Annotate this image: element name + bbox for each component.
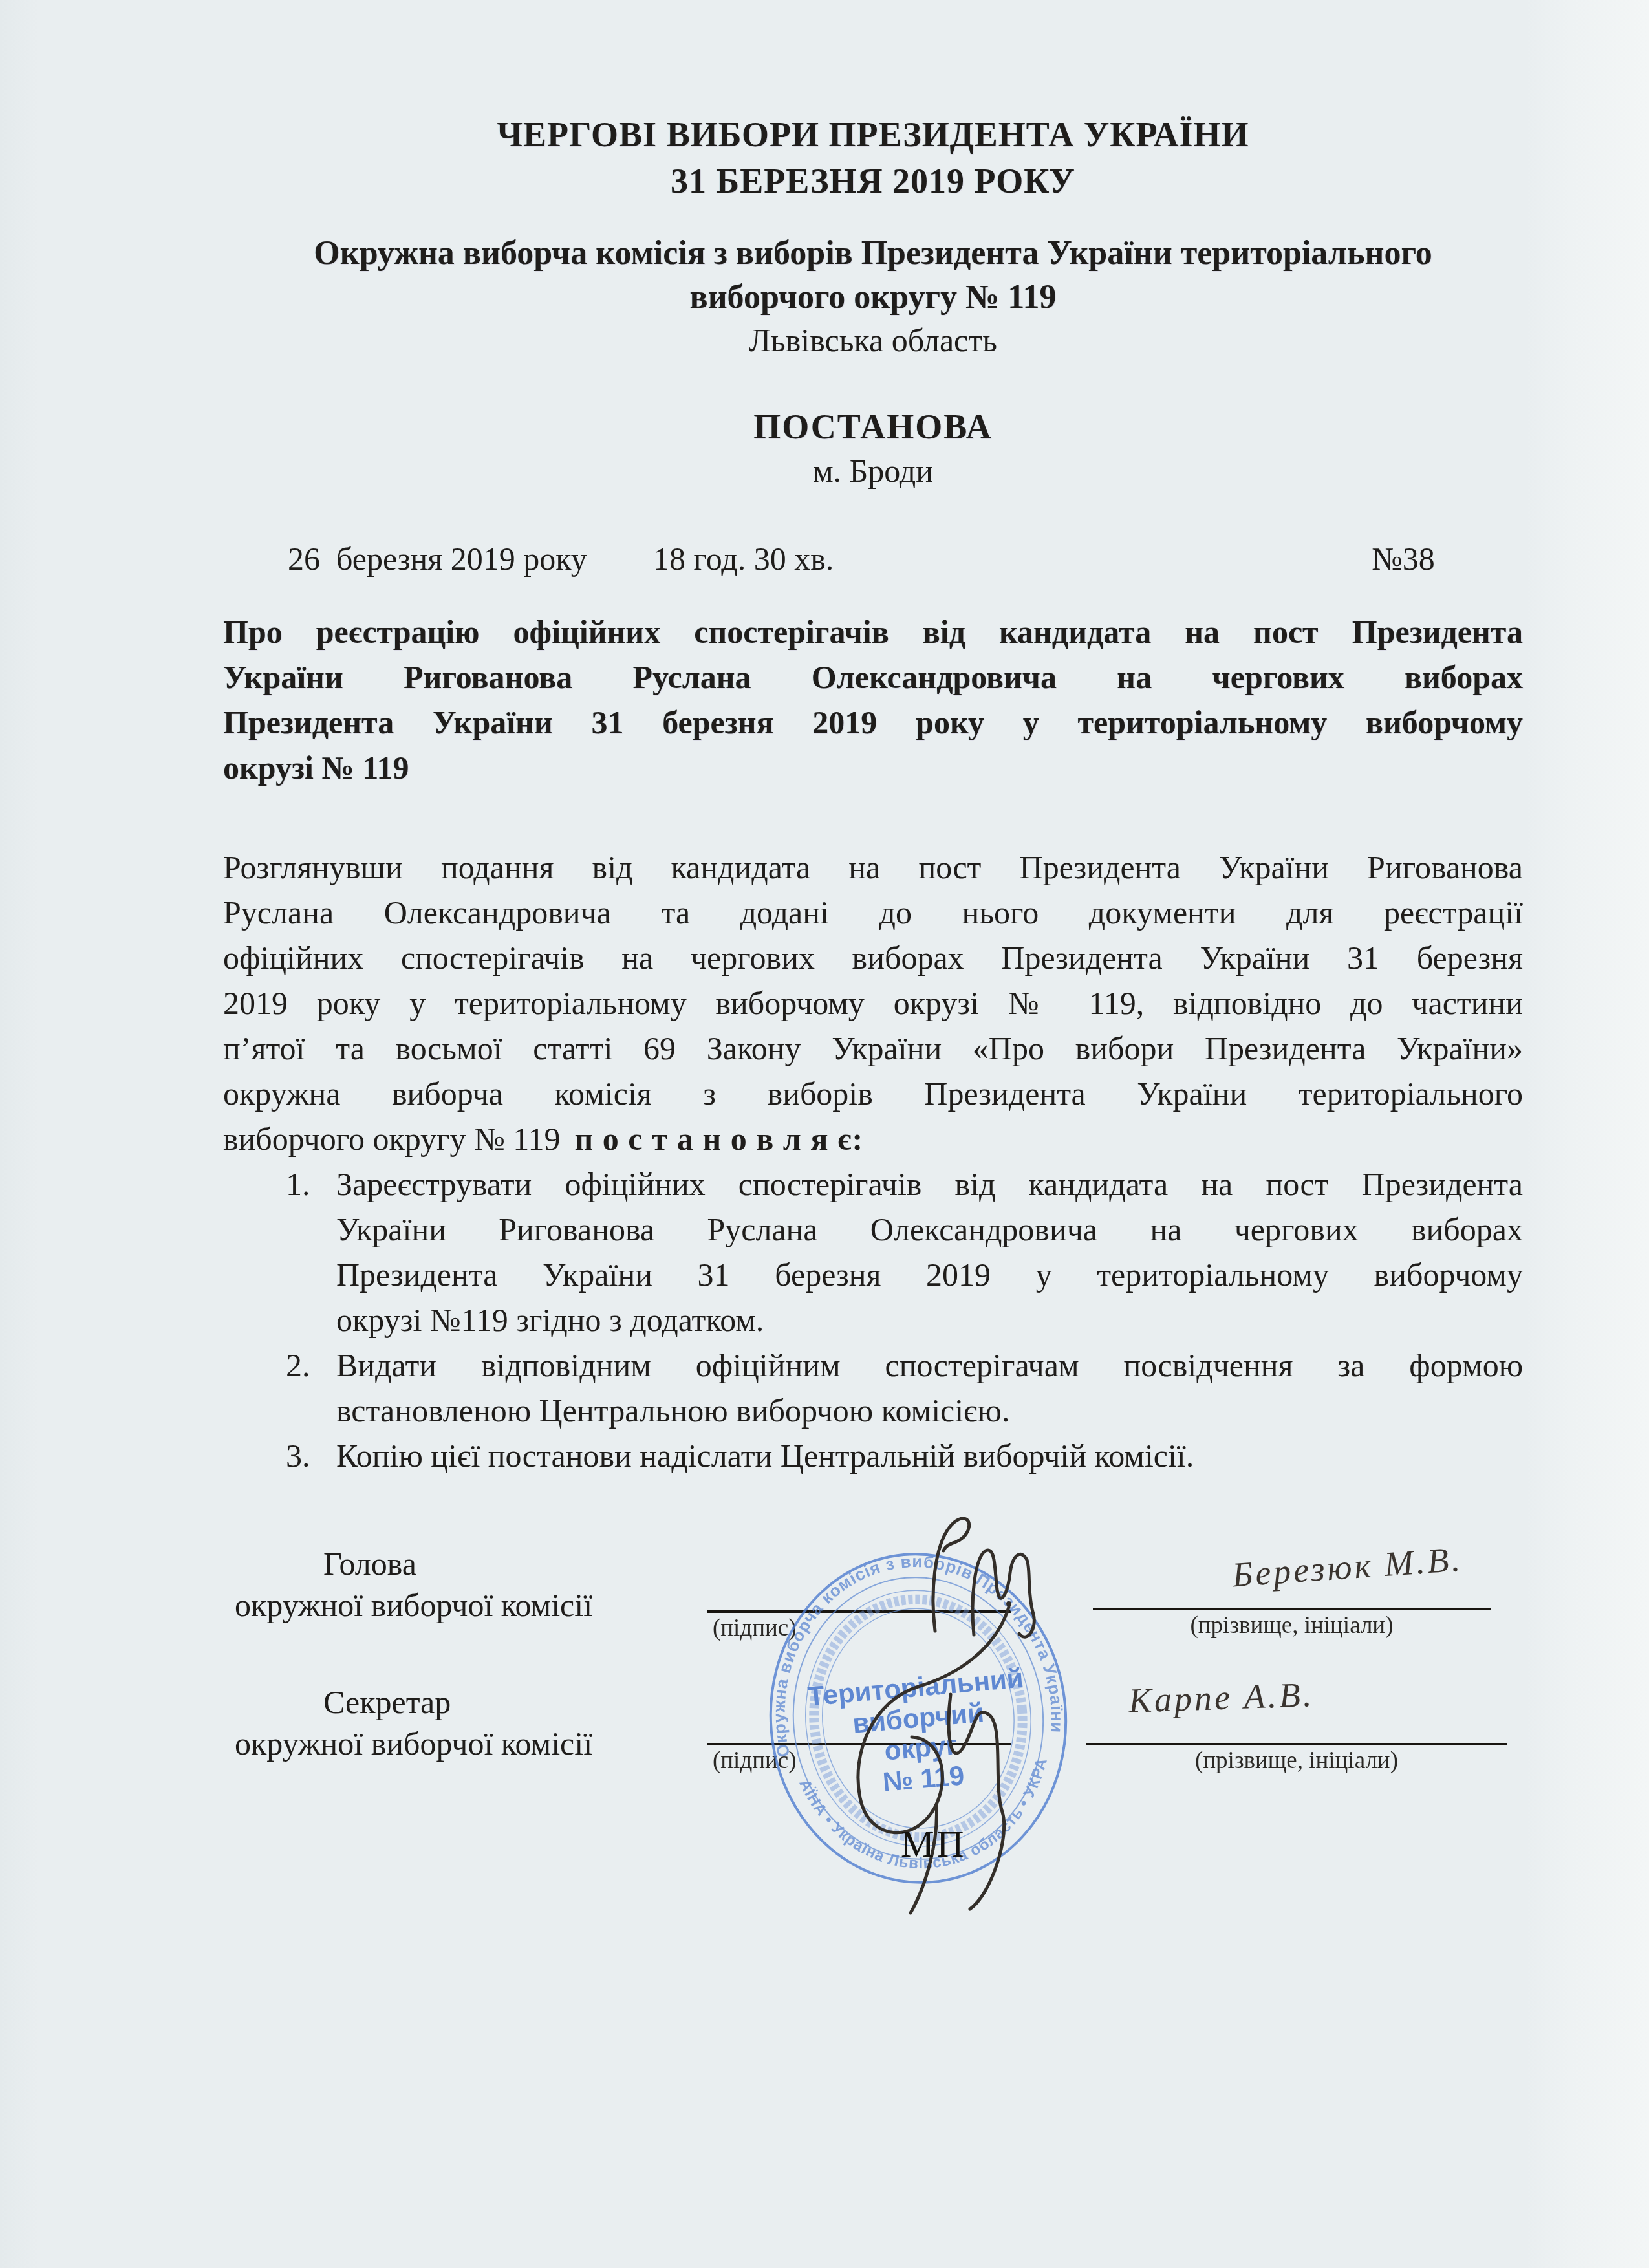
commission-line-2: виборчого округу № 119: [223, 275, 1523, 319]
subject-line: Президента України 31 березня 2019 року …: [223, 700, 1523, 745]
stamp-center-line3: округ: [883, 1729, 958, 1766]
subject-line: Про реєстрацію офіційних спостерігачів в…: [223, 609, 1523, 654]
document-title: ЧЕРГОВІ ВИБОРИ ПРЕЗИДЕНТА УКРАЇНИ 31 БЕР…: [223, 111, 1523, 204]
document-date: 26 березня 2019 року: [288, 538, 587, 579]
seal-place-mark: МП: [901, 1822, 966, 1866]
document-number: №38: [1372, 538, 1435, 579]
list-item-3: 3. Копію цієї постанови надіслати Центра…: [336, 1433, 1523, 1478]
region-line: Львівська область: [223, 319, 1523, 361]
list-line: України Ригованова Руслана Олександрович…: [336, 1207, 1523, 1252]
list-marker-2: 2.: [286, 1343, 310, 1388]
list-line: встановленою Центральною виборчою комісі…: [336, 1388, 1523, 1433]
stamp-center-line4: № 119: [881, 1760, 965, 1797]
document-time: 18 год. 30 хв.: [653, 538, 834, 579]
list-line: Видати відповідним офіційним спостерігач…: [336, 1343, 1523, 1388]
title-line-1: ЧЕРГОВІ ВИБОРИ ПРЕЗИДЕНТА УКРАЇНИ: [223, 111, 1523, 158]
list-marker-1: 1.: [286, 1161, 310, 1207]
document-content: ЧЕРГОВІ ВИБОРИ ПРЕЗИДЕНТА УКРАЇНИ 31 БЕР…: [223, 0, 1523, 1791]
body-line: окружна виборча комісія з виборів Презид…: [223, 1071, 1523, 1116]
list-line: Зареєструвати офіційних спостерігачів ві…: [336, 1161, 1523, 1207]
commission-line-1: Окружна виборча комісія з виборів Презид…: [223, 232, 1523, 275]
subject-paragraph: Про реєстрацію офіційних спостерігачів в…: [223, 609, 1523, 790]
body-last-line: виборчого округу № 119п о с т а н о в л …: [223, 1116, 1523, 1161]
list-line: Президента України 31 березня 2019 у тер…: [336, 1252, 1523, 1297]
date-row: 26 березня 2019 року 18 год. 30 хв. №38: [223, 538, 1523, 579]
resolution-list: 1. Зареєструвати офіційних спостерігачів…: [223, 1161, 1523, 1478]
secretary-handwritten-name: Карпе А.В.: [1128, 1674, 1315, 1721]
body-line: п’ятої та восьмої статті 69 Закону Украї…: [223, 1026, 1523, 1071]
body-line: Руслана Олександровича та додані до ньог…: [223, 890, 1523, 935]
title-line-2: 31 БЕРЕЗНЯ 2019 РОКУ: [223, 158, 1523, 204]
subject-line: України Ригованова Руслана Олександрович…: [223, 654, 1523, 700]
body-paragraph: Розглянувши подання від кандидата на пос…: [223, 845, 1523, 1161]
list-line: Копію цієї постанови надіслати Центральн…: [336, 1433, 1523, 1478]
body-line: Розглянувши подання від кандидата на пос…: [223, 845, 1523, 890]
name-caption: (прізвище, ініціали): [1093, 1610, 1491, 1640]
document-type: ПОСТАНОВА: [223, 404, 1523, 450]
resolves-keyword: п о с т а н о в л я є:: [574, 1121, 863, 1157]
name-caption: (прізвище, ініціали): [1086, 1745, 1507, 1775]
list-marker-3: 3.: [286, 1433, 310, 1478]
body-last-line-prefix: виборчого округу № 119: [223, 1121, 560, 1157]
scanned-document-page: ЧЕРГОВІ ВИБОРИ ПРЕЗИДЕНТА УКРАЇНИ 31 БЕР…: [0, 0, 1649, 2268]
list-item-2: 2. Видати відповідним офіційним спостері…: [336, 1343, 1523, 1433]
list-item-1: 1. Зареєструвати офіційних спостерігачів…: [336, 1161, 1523, 1343]
commission-heading: Окружна виборча комісія з виборів Презид…: [223, 232, 1523, 361]
secretary-name-line: (прізвище, ініціали): [1086, 1743, 1507, 1775]
body-line: офіційних спостерігачів на чергових вибо…: [223, 935, 1523, 980]
body-line: 2019 року у територіальному виборчому ок…: [223, 980, 1523, 1026]
head-name-line: (прізвище, ініціали): [1093, 1608, 1491, 1640]
subject-line: окрузі № 119: [223, 745, 1523, 790]
list-line: окрузі №119 згідно з додатком.: [336, 1297, 1523, 1343]
city-line: м. Броди: [223, 450, 1523, 491]
